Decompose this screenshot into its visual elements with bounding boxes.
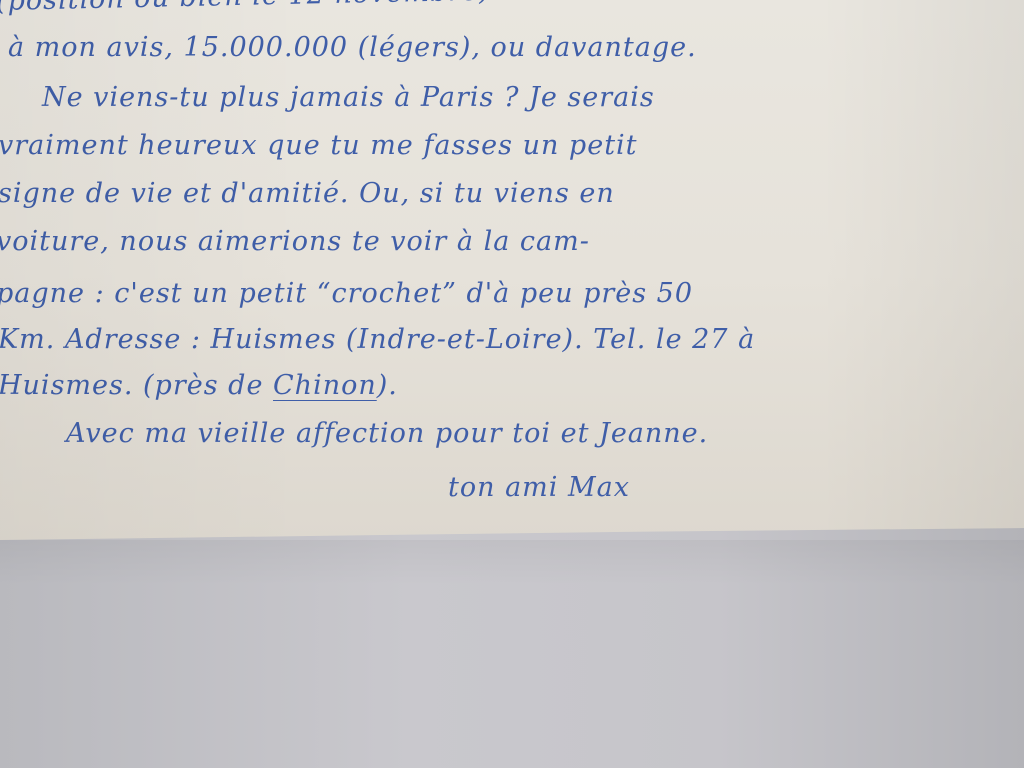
- letter-line-9: Huismes. (près de Chinon).: [0, 370, 398, 401]
- letter-line-4: vraiment heureux que tu me fasses un pet…: [0, 130, 638, 161]
- letter-page: (position ou bien le 12 novembre). Valeu…: [0, 0, 1024, 540]
- signature: ton ami Max: [448, 472, 630, 503]
- letter-line-7: pagne : c'est un petit “crochet” d'à peu…: [0, 278, 693, 309]
- closing-line: Avec ma vieille affection pour toi et Je…: [66, 418, 708, 449]
- letter-line-6: voiture, nous aimerions te voir à la cam…: [0, 226, 590, 257]
- letter-line-3: Ne viens-tu plus jamais à Paris ? Je ser…: [42, 82, 655, 113]
- letter-line-9-start: Huismes. (près de: [0, 370, 273, 401]
- letter-line-8: Km. Adresse : Huismes (Indre-et-Loire). …: [0, 324, 755, 355]
- underlined-place-name: Chinon: [273, 370, 377, 401]
- letter-line-2: à mon avis, 15.000.000 (légers), ou dava…: [8, 32, 697, 63]
- letter-line-5: signe de vie et d'amitié. Ou, si tu vien…: [0, 178, 615, 209]
- letter-line-9-end: ).: [377, 370, 398, 401]
- background-surface: [0, 540, 1024, 768]
- letter-line-1: (position ou bien le 12 novembre). Valeu…: [0, 0, 798, 17]
